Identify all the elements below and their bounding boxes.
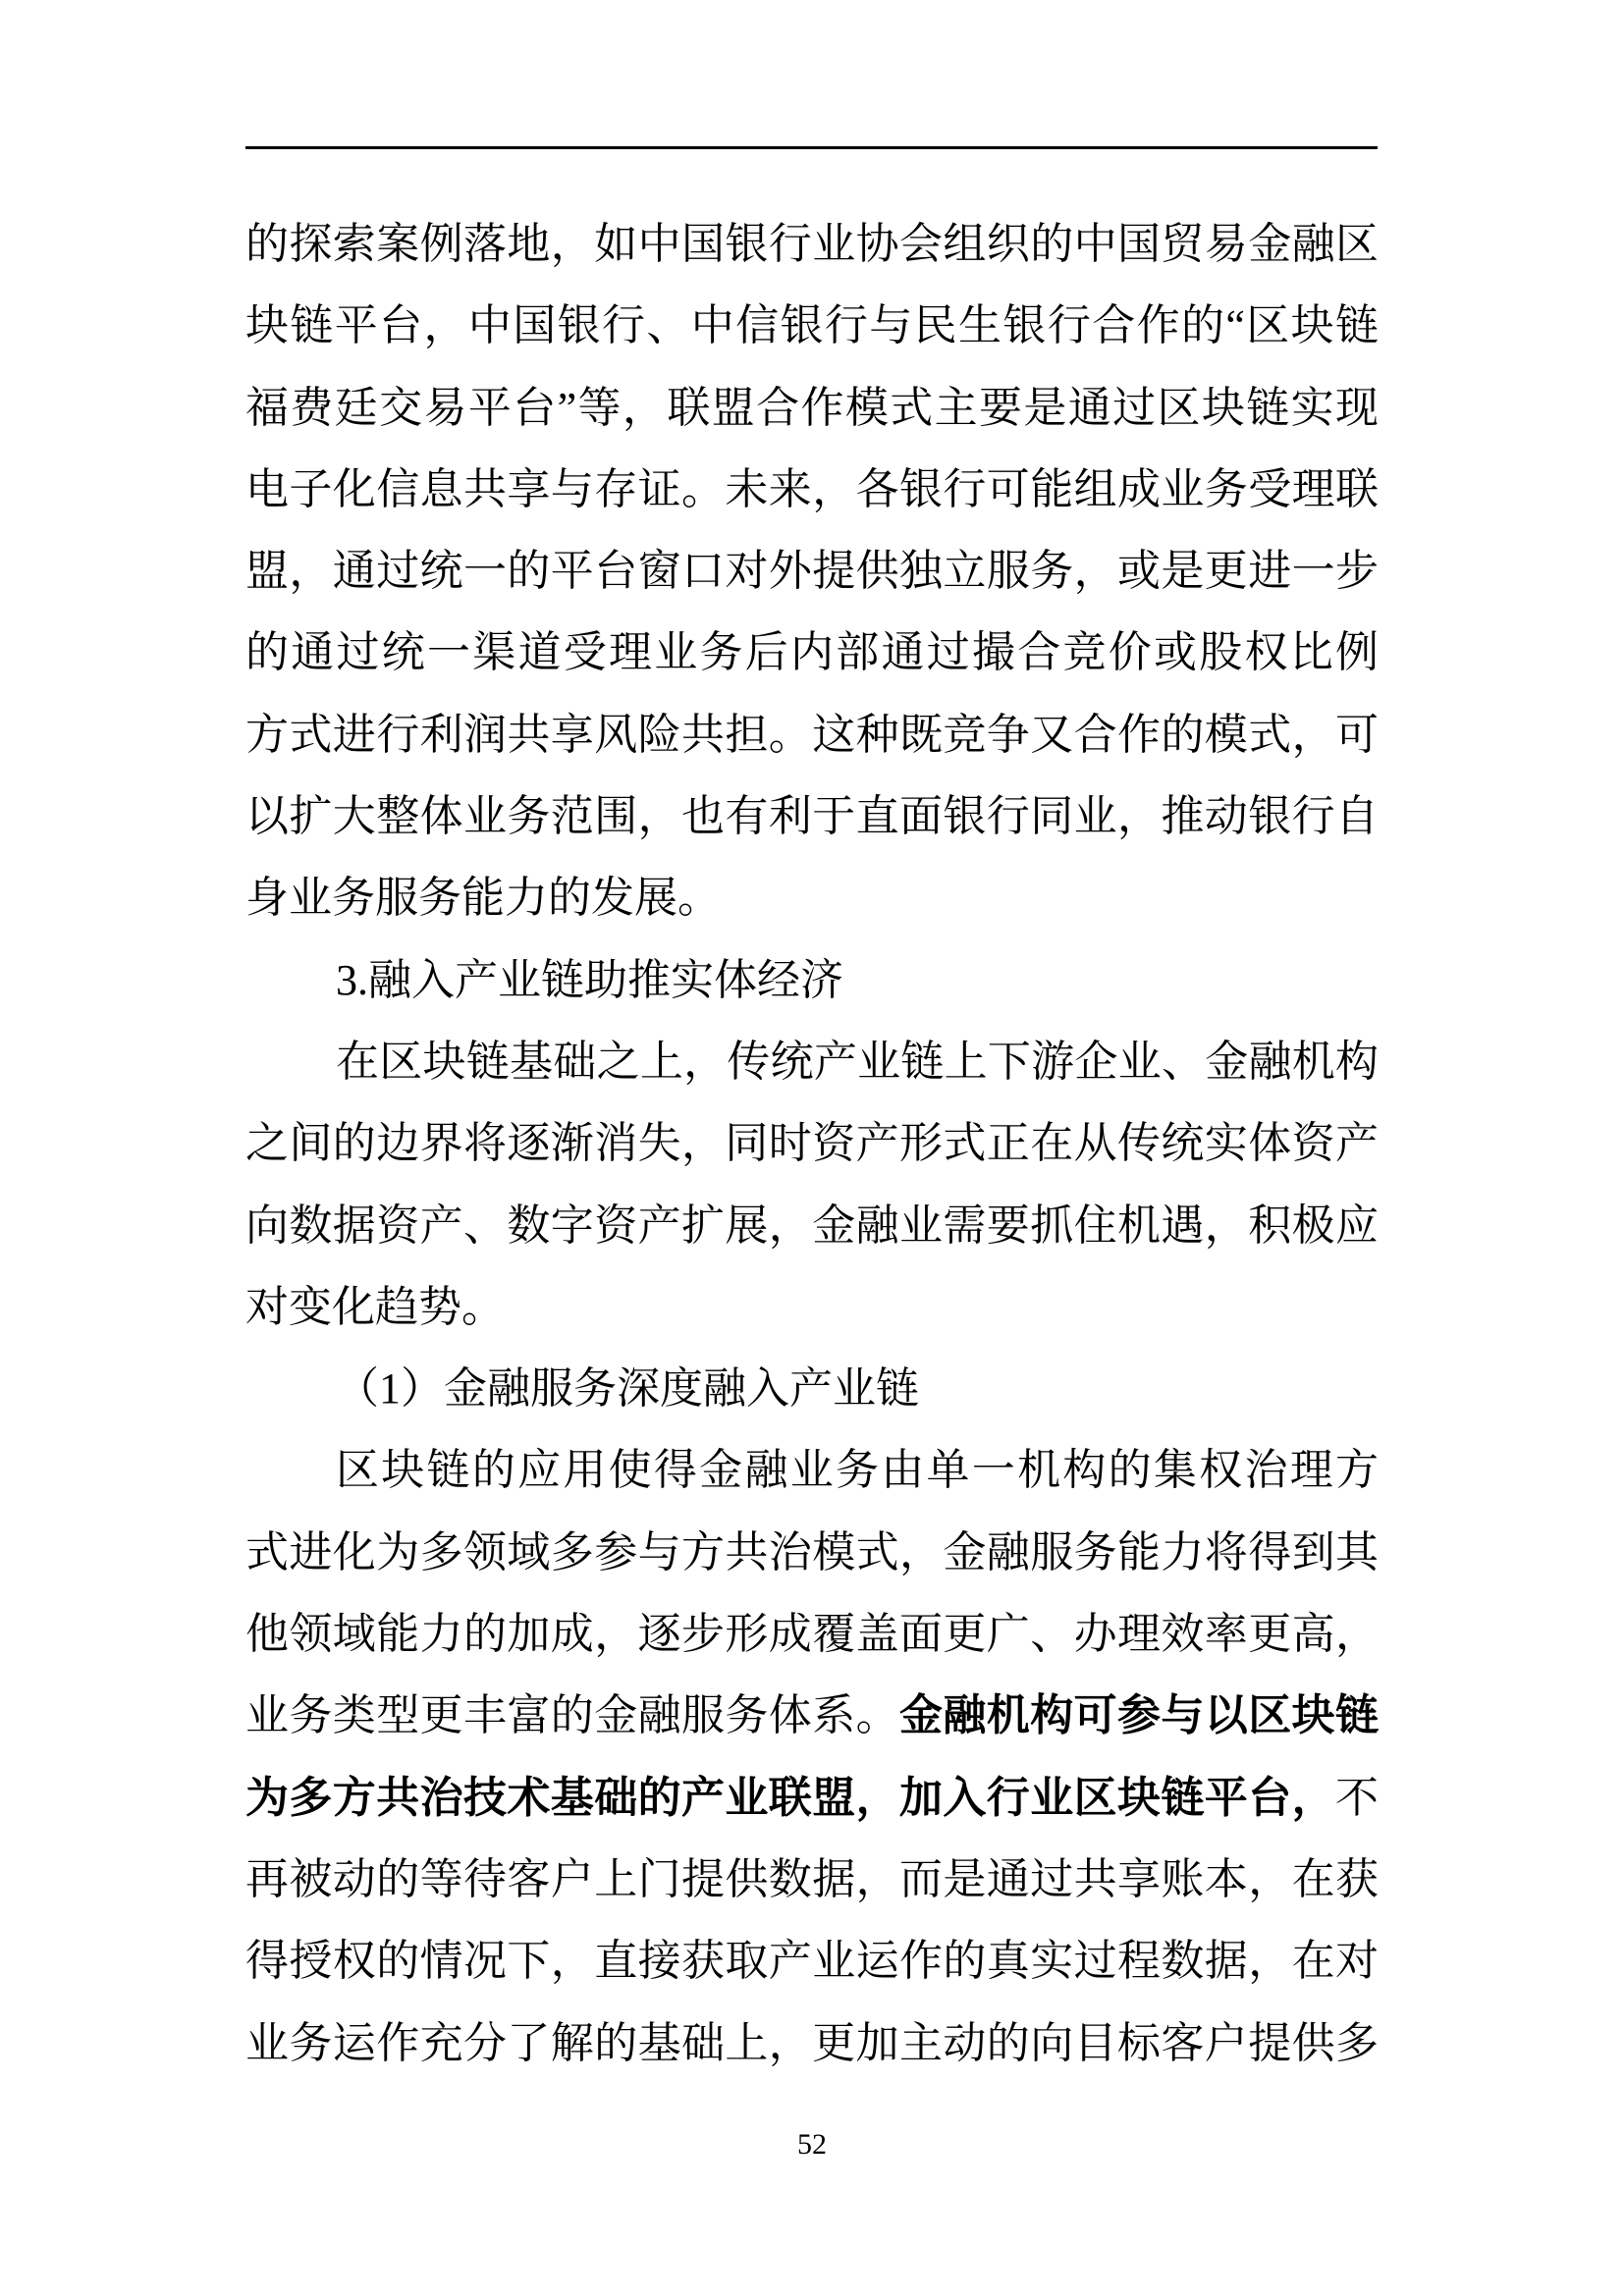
text-line: 3.融入产业链助推实体经济 (245, 939, 1379, 1021)
text-line: 他领域能力的加成，逐步形成覆盖面更广、办理效率更高， (245, 1593, 1379, 1675)
text-segment: 电子化信息共享与存证。未来，各银行可能组成业务受理联 (245, 465, 1379, 513)
text-line: 区块链的应用使得金融业务由单一机构的集权治理方 (245, 1429, 1379, 1511)
text-segment: （1）金融服务深度融入产业链 (336, 1364, 919, 1413)
text-line: 身业务服务能力的发展。 (245, 857, 1379, 938)
text-segment: 身业务服务能力的发展。 (245, 874, 721, 922)
text-line: 盟，通过统一的平台窗口对外提供独立服务，或是更进一步 (245, 530, 1379, 612)
page-number: 52 (0, 2128, 1624, 2162)
text-segment: 在区块链基础之上，传统产业链上下游企业、金融机构 (336, 1038, 1379, 1086)
text-segment: 的探索案例落地，如中国银行业协会组织的中国贸易金融区 (245, 220, 1379, 268)
text-segment: 福费廷交易平台”等，联盟合作模式主要是通过区块链实现 (245, 384, 1379, 432)
text-segment: 的通过统一渠道受理业务后内部通过撮合竞价或股权比例 (245, 628, 1379, 676)
text-segment: 得授权的情况下，直接获取产业运作的真实过程数据，在对 (245, 1937, 1379, 1985)
text-line: 得授权的情况下，直接获取产业运作的真实过程数据，在对 (245, 1920, 1379, 2002)
text-line: 电子化信息共享与存证。未来，各银行可能组成业务受理联 (245, 449, 1379, 530)
text-segment: 3.融入产业链助推实体经济 (336, 956, 843, 1004)
text-segment: 以扩大整体业务范围，也有利于直面银行同业，推动银行自 (245, 792, 1379, 840)
body-text: 的探索案例落地，如中国银行业协会组织的中国贸易金融区块链平台，中国银行、中信银行… (245, 203, 1379, 2084)
text-line: 福费廷交易平台”等，联盟合作模式主要是通过区块链实现 (245, 367, 1379, 449)
text-segment: 区块链的应用使得金融业务由单一机构的集权治理方 (336, 1446, 1379, 1494)
text-line: 方式进行利润共享风险共担。这种既竞争又合作的模式，可 (245, 694, 1379, 775)
text-line: 向数据资产、数字资产扩展，金融业需要抓住机遇，积极应 (245, 1185, 1379, 1266)
text-line: 对变化趋势。 (245, 1266, 1379, 1348)
text-segment: 盟，通过统一的平台窗口对外提供独立服务，或是更进一步 (245, 547, 1379, 595)
text-segment: 式进化为多领域多参与方共治模式，金融服务能力将得到其 (245, 1528, 1379, 1576)
text-segment: 他领域能力的加成，逐步形成覆盖面更广、办理效率更高， (245, 1610, 1379, 1658)
text-line: （1）金融服务深度融入产业链 (245, 1348, 1379, 1429)
text-segment: 块链平台，中国银行、中信银行与民生银行合作的“区块链 (245, 301, 1379, 349)
text-segment: 方式进行利润共享风险共担。这种既竞争又合作的模式，可 (245, 711, 1379, 759)
header-rule (245, 146, 1378, 149)
text-segment: 向数据资产、数字资产扩展，金融业需要抓住机遇，积极应 (245, 1201, 1379, 1250)
text-line: 式进化为多领域多参与方共治模式，金融服务能力将得到其 (245, 1512, 1379, 1593)
text-line: 的探索案例落地，如中国银行业协会组织的中国贸易金融区 (245, 203, 1379, 285)
text-line: 以扩大整体业务范围，也有利于直面银行同业，推动银行自 (245, 775, 1379, 857)
document-page: 的探索案例落地，如中国银行业协会组织的中国贸易金融区块链平台，中国银行、中信银行… (0, 0, 1624, 2296)
text-line: 之间的边界将逐渐消失，同时资产形式正在从传统实体资产 (245, 1102, 1379, 1184)
text-segment: 再被动的等待客户上门提供数据，而是通过共享账本，在获 (245, 1855, 1379, 1903)
text-segment: 对变化趋势。 (245, 1283, 505, 1331)
text-line: 业务运作充分了解的基础上，更加主动的向目标客户提供多 (245, 2002, 1379, 2084)
bold-text-segment: 金融机构可参与以区块链 (899, 1691, 1379, 1739)
text-segment: 业务类型更丰富的金融服务体系。 (245, 1691, 899, 1739)
text-segment: 之间的边界将逐渐消失，同时资产形式正在从传统实体资产 (245, 1119, 1379, 1167)
text-line: 的通过统一渠道受理业务后内部通过撮合竞价或股权比例 (245, 612, 1379, 693)
text-line: 再被动的等待客户上门提供数据，而是通过共享账本，在获 (245, 1839, 1379, 1920)
bold-text-segment: 为多方共治技术基础的产业联盟，加入行业区块链平台， (245, 1774, 1335, 1822)
text-line: 在区块链基础之上，传统产业链上下游企业、金融机构 (245, 1021, 1379, 1102)
text-line: 块链平台，中国银行、中信银行与民生银行合作的“区块链 (245, 285, 1379, 366)
text-segment: 不 (1335, 1774, 1379, 1822)
text-segment: 业务运作充分了解的基础上，更加主动的向目标客户提供多 (245, 2019, 1379, 2067)
text-line: 业务类型更丰富的金融服务体系。金融机构可参与以区块链 (245, 1675, 1379, 1756)
text-line: 为多方共治技术基础的产业联盟，加入行业区块链平台，不 (245, 1757, 1379, 1839)
